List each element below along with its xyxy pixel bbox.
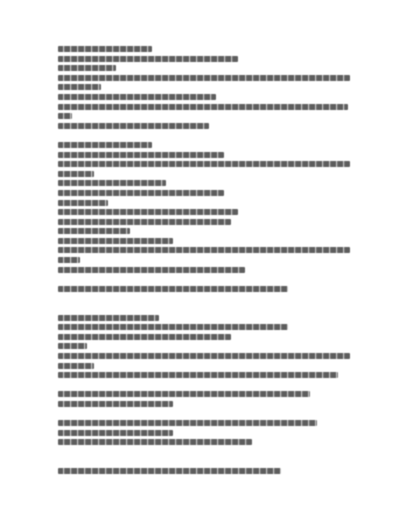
text-line-redacted (58, 266, 350, 276)
text-line-redacted (58, 246, 350, 256)
text-line-redacted (58, 390, 350, 400)
text-line-bar (58, 363, 94, 369)
text-line-redacted (58, 419, 350, 429)
text-line-bar (58, 430, 173, 436)
text-line-redacted (58, 55, 350, 65)
text-line-bar (58, 353, 350, 359)
text-block (58, 45, 350, 477)
text-line-bar (58, 84, 101, 90)
text-line-redacted (58, 400, 350, 410)
text-line-bar (58, 200, 108, 206)
blank-line (58, 458, 350, 468)
text-line-redacted (58, 93, 350, 103)
text-line-bar (58, 238, 173, 244)
text-line-bar (58, 142, 152, 148)
blank-line (58, 381, 350, 391)
text-line-redacted (58, 74, 350, 84)
text-line-redacted (58, 438, 350, 448)
text-line-bar (58, 209, 238, 215)
blank-line (58, 410, 350, 420)
text-line-redacted (58, 122, 350, 132)
text-line-redacted (58, 45, 350, 55)
text-line-bar (58, 439, 252, 445)
text-line-bar (58, 171, 94, 177)
text-line-bar (58, 247, 350, 253)
text-line-bar (58, 401, 173, 407)
text-line-bar (58, 94, 216, 100)
text-line-bar (58, 65, 116, 71)
text-line-redacted (58, 371, 350, 381)
text-line-bar (58, 468, 281, 474)
text-line-redacted (58, 342, 350, 352)
blank-line (58, 275, 350, 285)
text-line-redacted (58, 362, 350, 372)
text-line-redacted (58, 237, 350, 247)
blank-line (58, 448, 350, 458)
text-line-redacted (58, 112, 350, 122)
text-line-redacted (58, 103, 350, 113)
text-line-bar (58, 180, 166, 186)
text-line-redacted (58, 323, 350, 333)
text-line-bar (58, 219, 231, 225)
text-line-redacted (58, 170, 350, 180)
blank-line (58, 304, 350, 314)
document-page: Page of small Japanese prose (explicit a… (0, 0, 400, 518)
text-line-redacted (58, 314, 350, 324)
text-line-redacted (58, 467, 350, 477)
text-line-bar (58, 324, 288, 330)
text-line-redacted (58, 199, 350, 209)
text-line-redacted (58, 160, 350, 170)
text-line-bar (58, 391, 310, 397)
text-line-bar (58, 123, 209, 129)
text-line-bar (58, 75, 350, 81)
text-line-redacted (58, 189, 350, 199)
text-line-redacted (58, 429, 350, 439)
text-line-bar (58, 152, 224, 158)
text-line-bar (58, 228, 130, 234)
blank-line (58, 294, 350, 304)
text-line-redacted (58, 285, 350, 295)
text-line-redacted (58, 352, 350, 362)
text-line-bar (58, 420, 317, 426)
text-line-redacted (58, 151, 350, 161)
text-line-bar (58, 113, 72, 119)
text-line-bar (58, 161, 350, 167)
text-line-bar (58, 257, 80, 263)
text-line-bar (58, 286, 288, 292)
text-line-redacted (58, 218, 350, 228)
text-line-bar (58, 190, 224, 196)
text-line-bar (58, 372, 338, 378)
text-line-redacted (58, 83, 350, 93)
text-line-bar (58, 315, 159, 321)
text-line-redacted (58, 333, 350, 343)
text-line-bar (58, 104, 348, 110)
text-line-redacted (58, 141, 350, 151)
text-line-redacted (58, 256, 350, 266)
text-line-bar (58, 46, 152, 52)
text-line-bar (58, 334, 231, 340)
text-line-bar (58, 343, 87, 349)
text-line-redacted (58, 64, 350, 74)
text-line-redacted (58, 208, 350, 218)
text-line-redacted (58, 227, 350, 237)
text-line-redacted (58, 179, 350, 189)
text-line-bar (58, 267, 245, 273)
text-line-bar (58, 56, 238, 62)
blank-line (58, 131, 350, 141)
